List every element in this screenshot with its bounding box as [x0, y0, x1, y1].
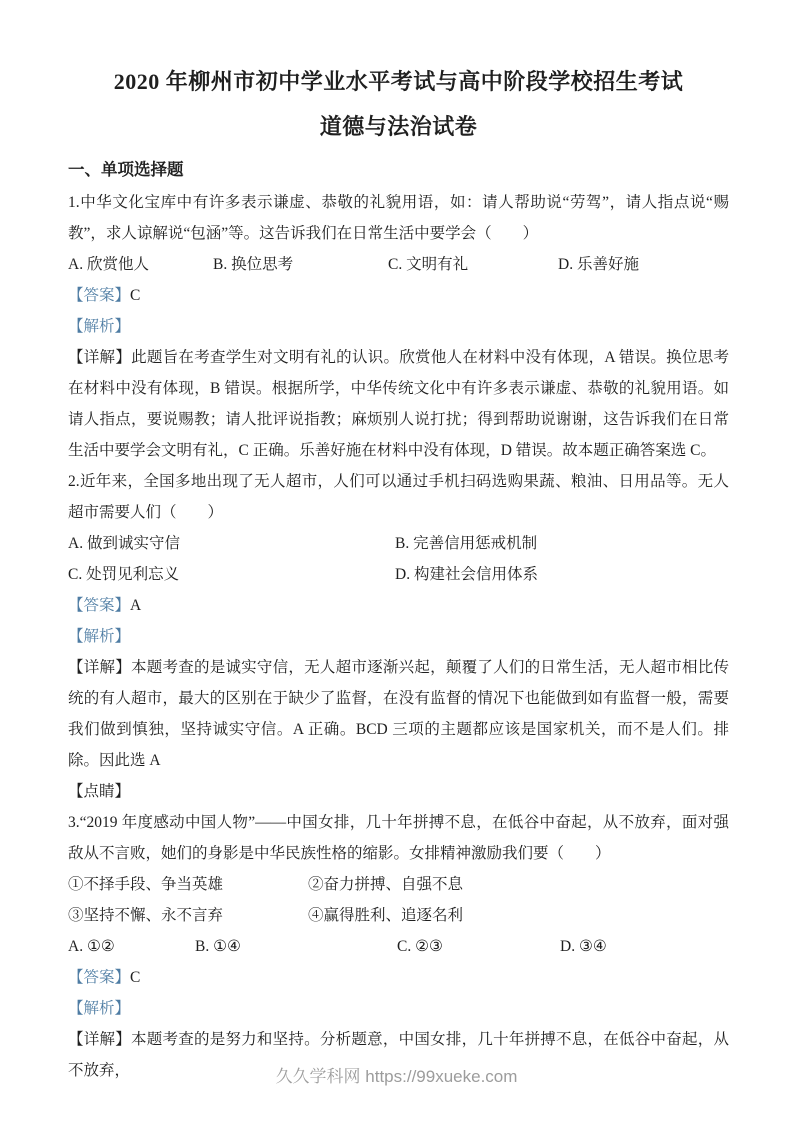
- answer-value: C: [130, 969, 140, 986]
- option-b: B. 完善信用惩戒机制: [395, 528, 729, 559]
- exam-document-page: 2020 年柳州市初中学业水平考试与高中阶段学校招生考试 道德与法治试卷 一、单…: [0, 0, 793, 1122]
- statement-2: ②奋力拼搏、自强不息: [308, 869, 729, 900]
- option-a: A. ①②: [68, 931, 195, 962]
- option-d: D. 构建社会信用体系: [395, 559, 729, 590]
- question-3-options-row: A. ①② B. ①④ C. ②③ D. ③④: [68, 931, 729, 962]
- question-3-analysis-line: 【解析】: [68, 993, 729, 1024]
- detail-text: 此题旨在考查学生对文明有礼的认识。欣赏他人在材料中没有体现，A 错误。换位思考在…: [68, 349, 729, 459]
- option-a: A. 欣赏他人: [68, 249, 213, 280]
- question-1-stem: 1.中华文化宝库中有许多表示谦虚、恭敬的礼貌用语，如：请人帮助说“劳驾”，请人指…: [68, 187, 729, 249]
- answer-value: A: [130, 597, 141, 614]
- answer-label: 【答案】: [68, 287, 130, 304]
- option-b: B. 换位思考: [213, 249, 388, 280]
- detail-label: 【详解】: [68, 659, 131, 676]
- option-c: C. 文明有礼: [388, 249, 558, 280]
- footer-credit: 久久学科网 https://99xueke.com: [0, 1062, 793, 1087]
- option-d: D. 乐善好施: [558, 249, 729, 280]
- answer-label: 【答案】: [68, 969, 130, 986]
- question-2-tip-line: 【点睛】: [68, 776, 729, 807]
- statement-1: ①不择手段、争当英雄: [68, 869, 308, 900]
- question-2-options-row: A. 做到诚实守信 B. 完善信用惩戒机制 C. 处罚见利忘义 D. 构建社会信…: [68, 528, 729, 590]
- analysis-label: 【解析】: [68, 1000, 130, 1017]
- detail-label: 【详解】: [68, 1031, 131, 1048]
- question-2-detail: 【详解】本题考查的是诚实守信，无人超市逐渐兴起，颠覆了人们的日常生活，无人超市相…: [68, 652, 729, 776]
- option-b: B. ①④: [195, 931, 397, 962]
- question-3-answer-line: 【答案】C: [68, 962, 729, 993]
- question-1-answer-line: 【答案】C: [68, 280, 729, 311]
- doc-title-line1: 2020 年柳州市初中学业水平考试与高中阶段学校招生考试: [68, 66, 729, 98]
- analysis-label: 【解析】: [68, 318, 130, 335]
- answer-label: 【答案】: [68, 597, 130, 614]
- tip-label: 【点睛】: [68, 783, 130, 800]
- question-2-analysis-line: 【解析】: [68, 621, 729, 652]
- question-3-statements-row: ①不择手段、争当英雄 ②奋力拼搏、自强不息 ③坚持不懈、永不言弃 ④赢得胜利、追…: [68, 869, 729, 931]
- doc-title-line2: 道德与法治试卷: [68, 111, 729, 143]
- option-c: C. 处罚见利忘义: [68, 559, 395, 590]
- option-d: D. ③④: [560, 931, 729, 962]
- detail-text: 本题考查的是诚实守信，无人超市逐渐兴起，颠覆了人们的日常生活，无人超市相比传统的…: [68, 659, 729, 769]
- section-heading: 一、单项选择题: [68, 158, 729, 182]
- answer-value: C: [130, 287, 140, 304]
- question-1-analysis-line: 【解析】: [68, 311, 729, 342]
- statement-4: ④赢得胜利、追逐名利: [308, 900, 729, 931]
- option-c: C. ②③: [397, 931, 560, 962]
- statement-3: ③坚持不懈、永不言弃: [68, 900, 308, 931]
- question-2-stem: 2.近年来，全国多地出现了无人超市，人们可以通过手机扫码选购果蔬、粮油、日用品等…: [68, 466, 729, 528]
- analysis-label: 【解析】: [68, 628, 130, 645]
- option-a: A. 做到诚实守信: [68, 528, 395, 559]
- question-3-stem: 3.“2019 年度感动中国人物”——中国女排，几十年拼搏不息，在低谷中奋起，从…: [68, 807, 729, 869]
- question-1-detail: 【详解】此题旨在考查学生对文明有礼的认识。欣赏他人在材料中没有体现，A 错误。换…: [68, 342, 729, 466]
- detail-label: 【详解】: [68, 349, 131, 366]
- question-1-options-row: A. 欣赏他人 B. 换位思考 C. 文明有礼 D. 乐善好施: [68, 249, 729, 280]
- question-2-answer-line: 【答案】A: [68, 590, 729, 621]
